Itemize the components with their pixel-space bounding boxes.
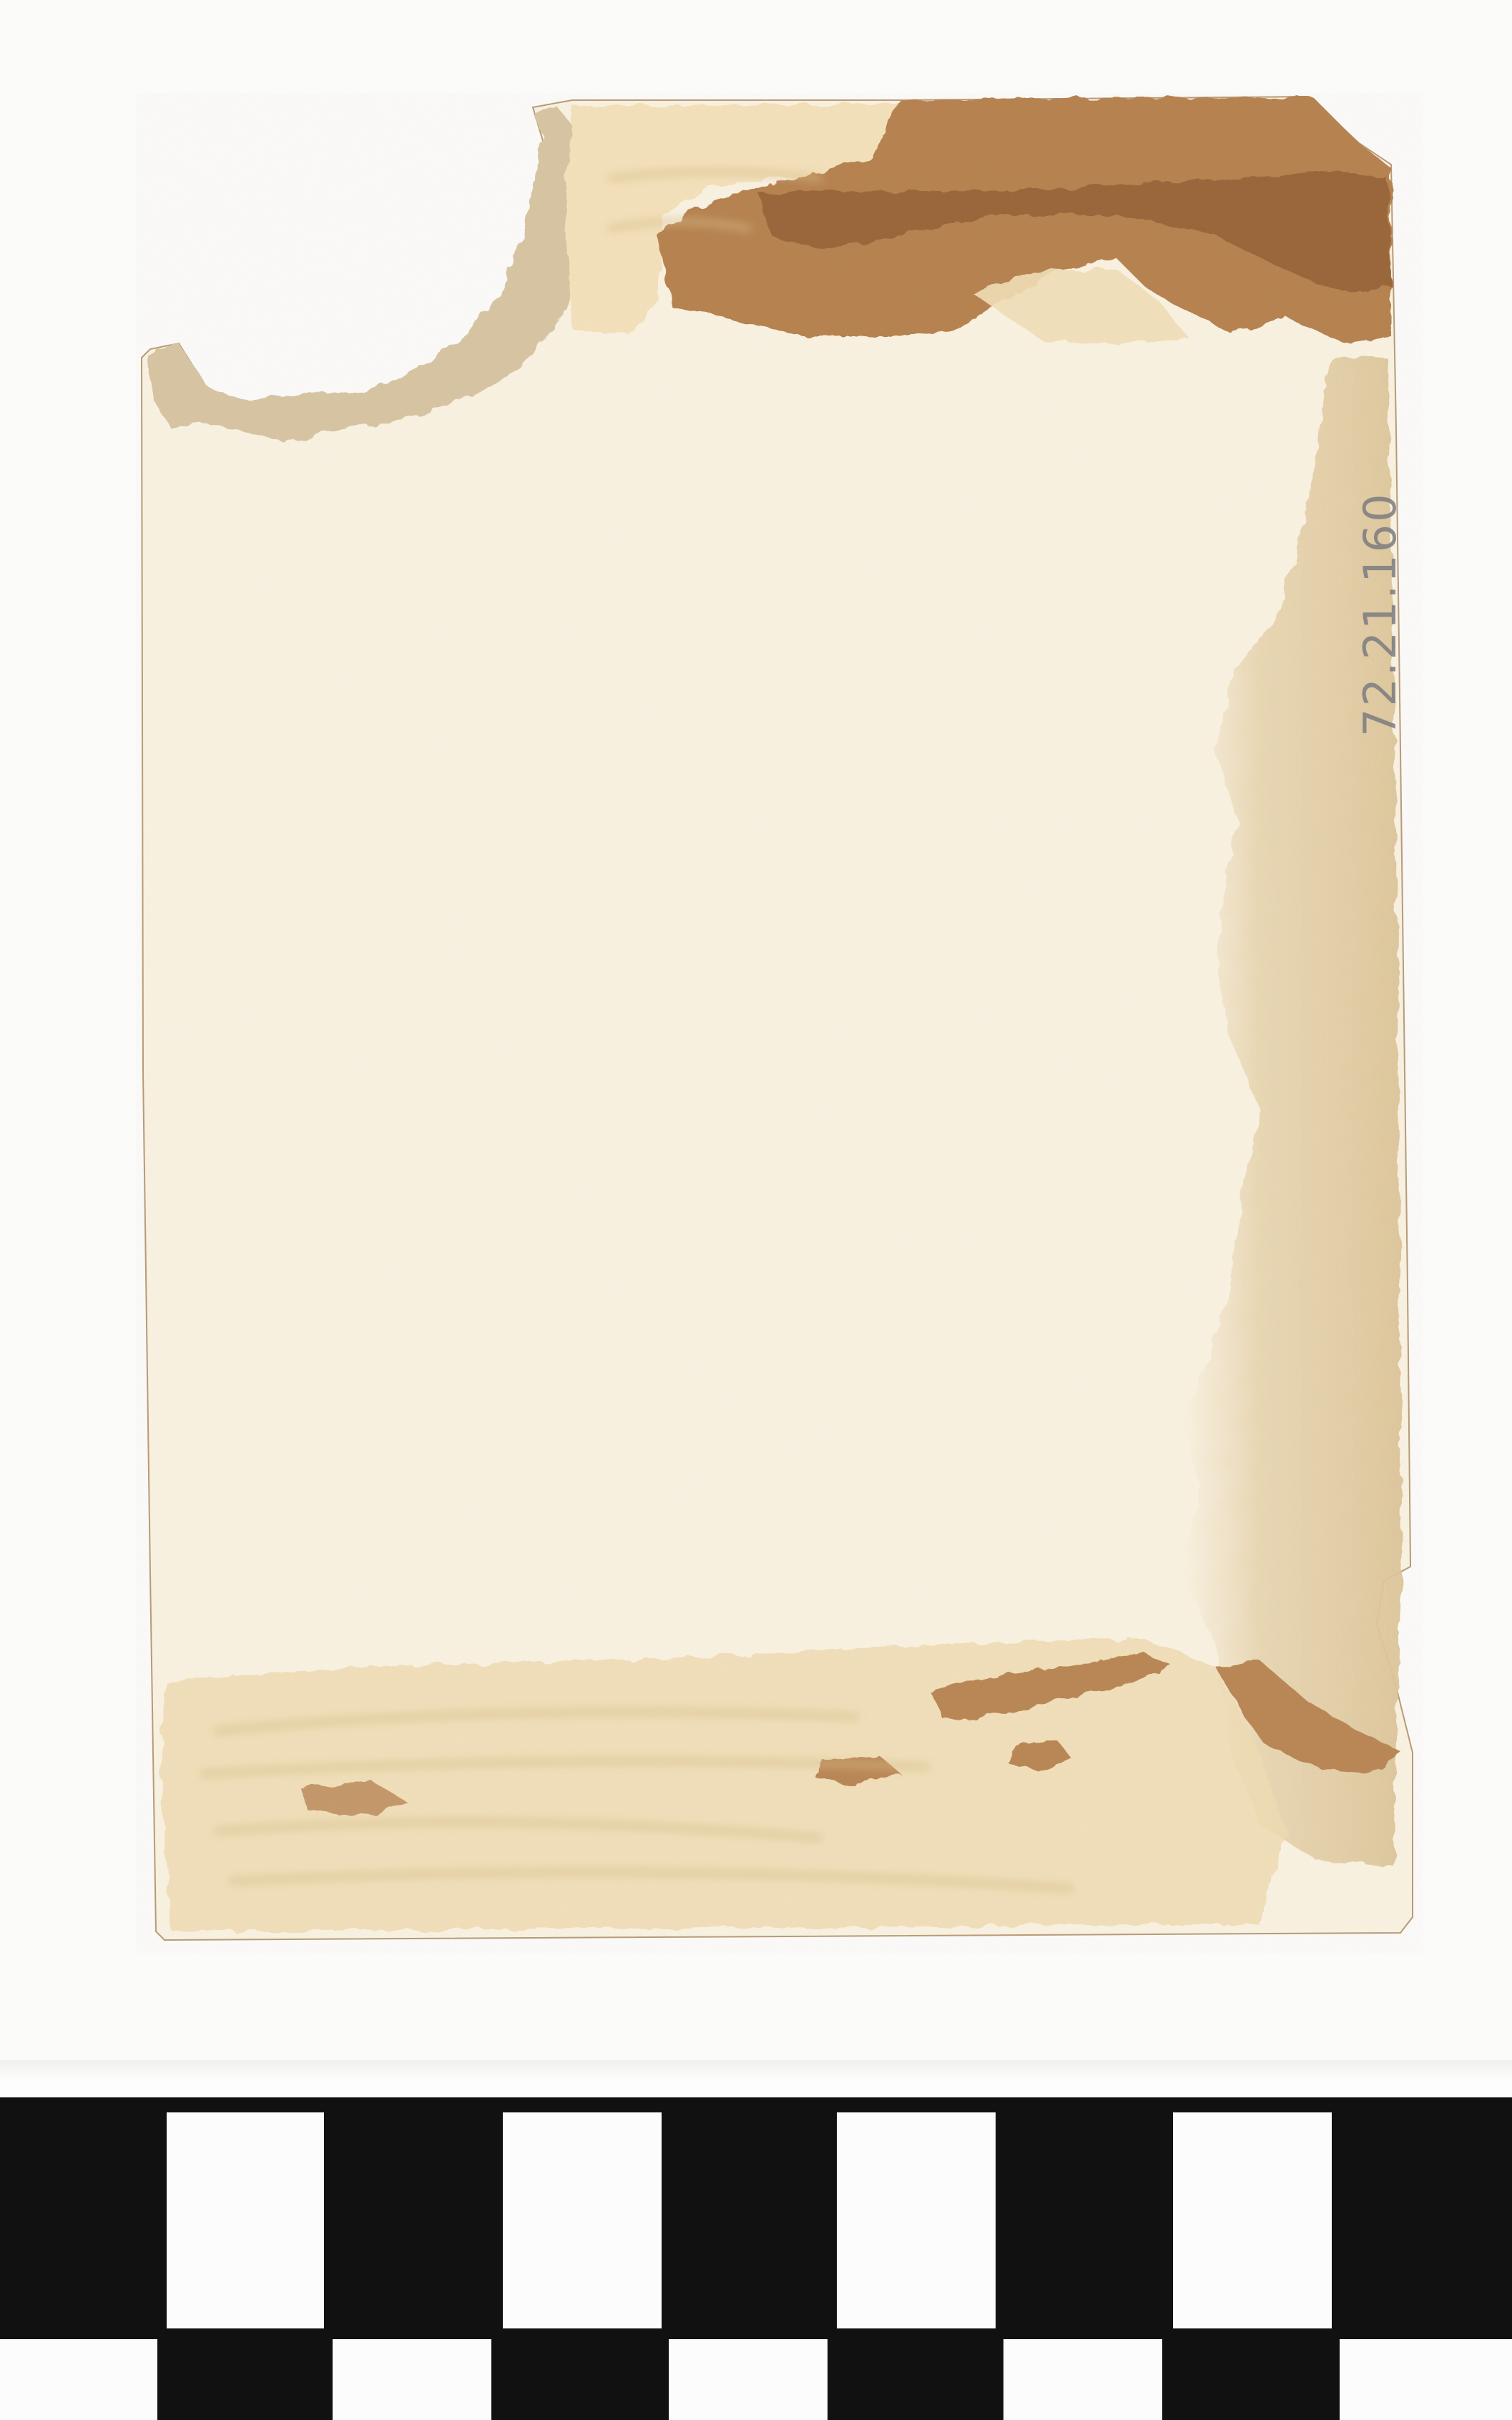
scale-cell-top-3: [837, 2112, 996, 2328]
accession-number: 72.21.160: [1354, 491, 1406, 737]
scale-cell-bottom-1: [0, 2339, 157, 2420]
scale-cell-bottom-2: [333, 2339, 491, 2420]
scale-cell-bottom-5: [1340, 2339, 1512, 2420]
card-grain: [136, 93, 1423, 1953]
scale-cell-top-2: [503, 2112, 662, 2328]
scale-cell-top-4: [1173, 2112, 1332, 2328]
scale-bar: [0, 2097, 1512, 2420]
scale-cell-top-1: [167, 2112, 324, 2328]
scale-cell-bottom-3: [669, 2339, 828, 2420]
card-artifact: [0, 0, 1512, 2074]
scale-strip-shadow: [0, 2060, 1512, 2080]
scale-cell-bottom-4: [1003, 2339, 1162, 2420]
